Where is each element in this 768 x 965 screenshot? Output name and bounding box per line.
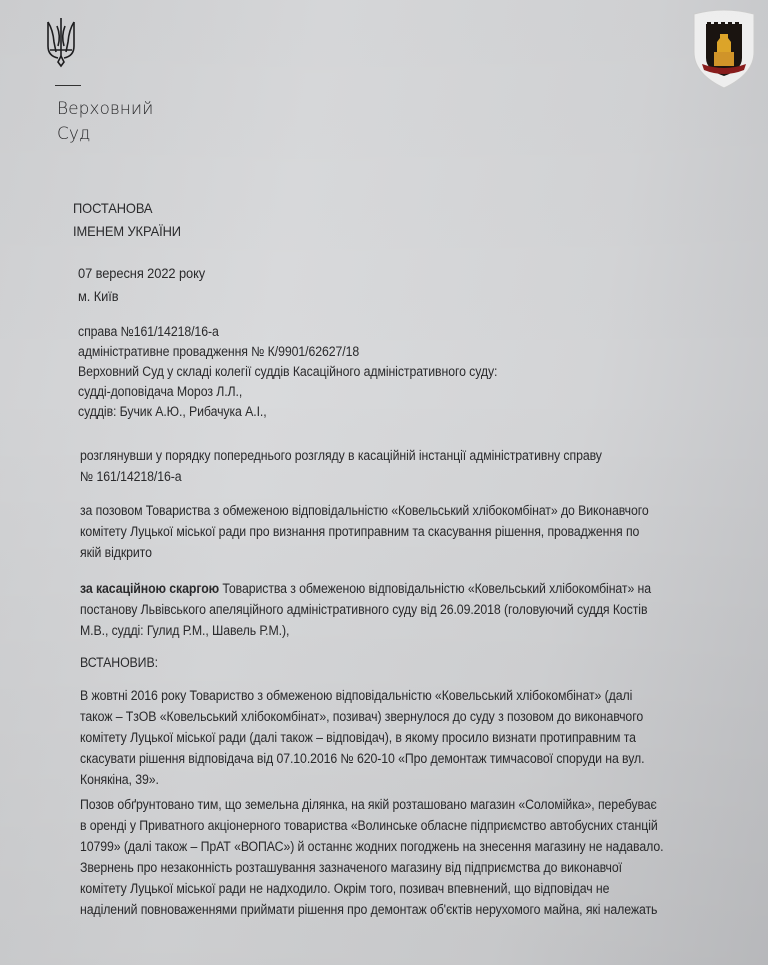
text-line: комітету Луцької міської ради (далі тако… <box>80 727 709 748</box>
paragraph-grounds: Позов обґрунтовано тим, що земельна діля… <box>80 794 709 920</box>
decision-place: м. Київ <box>78 285 205 308</box>
trident-icon <box>44 16 78 70</box>
text-line: В жовтні 2016 року Товариство з обмежено… <box>80 685 709 706</box>
text-line: за касаційною скаргою Товариства з обмеж… <box>80 578 709 599</box>
case-number: справа №161/14218/16-а <box>78 322 497 342</box>
text-line: розглянувши у порядку попереднього розгл… <box>80 445 709 466</box>
text-line: якій відкрито <box>80 542 709 563</box>
divider <box>55 85 81 86</box>
paragraph-lawsuit: за позовом Товариства з обмеженою відпов… <box>80 500 709 563</box>
text-line: Позов обґрунтовано тим, що земельна діля… <box>80 794 709 815</box>
text-line: комітету Луцької міської ради про визнан… <box>80 521 709 542</box>
text-line: Конякіна, 39». <box>80 769 709 790</box>
panel-judges: суддів: Бучик А.Ю., Рибачука А.І., <box>78 402 497 422</box>
court-name: Верховний Суд <box>57 97 153 147</box>
paragraph-background: В жовтні 2016 року Товариство з обмежено… <box>80 685 709 790</box>
text-line: в оренді у Приватного акціонерного товар… <box>80 815 709 836</box>
court-composition: Верховний Суд у складі колегії суддів Ка… <box>78 362 497 382</box>
text-line: також – ТзОВ «Ковельський хлібокомбінат»… <box>80 706 709 727</box>
text-line: скасувати рішення відповідача від 07.10.… <box>80 748 709 769</box>
date-block: 07 вересня 2022 року м. Київ <box>78 262 205 308</box>
title-decree: ПОСТАНОВА <box>73 197 181 220</box>
proceeding-number: адміністративне провадження № К/9901/626… <box>78 342 497 362</box>
decision-date: 07 вересня 2022 року <box>78 262 205 285</box>
court-name-line1: Верховний <box>57 97 153 122</box>
text-line: Звернень про незаконність розташування з… <box>80 857 709 878</box>
section-heading-established: ВСТАНОВИВ: <box>80 652 709 673</box>
text-fragment: Товариства з обмеженою відповідальністю … <box>219 581 651 596</box>
text-line: за позовом Товариства з обмеженою відпов… <box>80 500 709 521</box>
reporter-judge: судді-доповідача Мороз Л.Л., <box>78 382 497 402</box>
case-info: справа №161/14218/16-а адміністративне п… <box>78 322 497 422</box>
paragraph-cassation-appeal: за касаційною скаргою Товариства з обмеж… <box>80 578 709 641</box>
text-line: комітету Луцької міської ради не надходи… <box>80 878 709 899</box>
text-line: М.В., судді: Гулид Р.М., Шавель Р.М.), <box>80 620 709 641</box>
text-line: постанову Львівського апеляційного адмін… <box>80 599 709 620</box>
city-coat-of-arms-logo <box>690 8 758 90</box>
court-name-line2: Суд <box>57 122 153 147</box>
bold-prefix: за касаційною скаргою <box>80 581 219 596</box>
paragraph-considering: розглянувши у порядку попереднього розгл… <box>80 445 709 487</box>
text-line: 10799» (далі також – ПрАТ «ВОПАС») й ост… <box>80 836 709 857</box>
text-line: № 161/14218/16-а <box>80 466 709 487</box>
text-line: наділений повноваженнями приймати рішенн… <box>80 899 709 920</box>
title-in-name-of-ukraine: ІМЕНЕМ УКРАЇНИ <box>73 220 181 243</box>
document-title: ПОСТАНОВА ІМЕНЕМ УКРАЇНИ <box>73 197 181 243</box>
